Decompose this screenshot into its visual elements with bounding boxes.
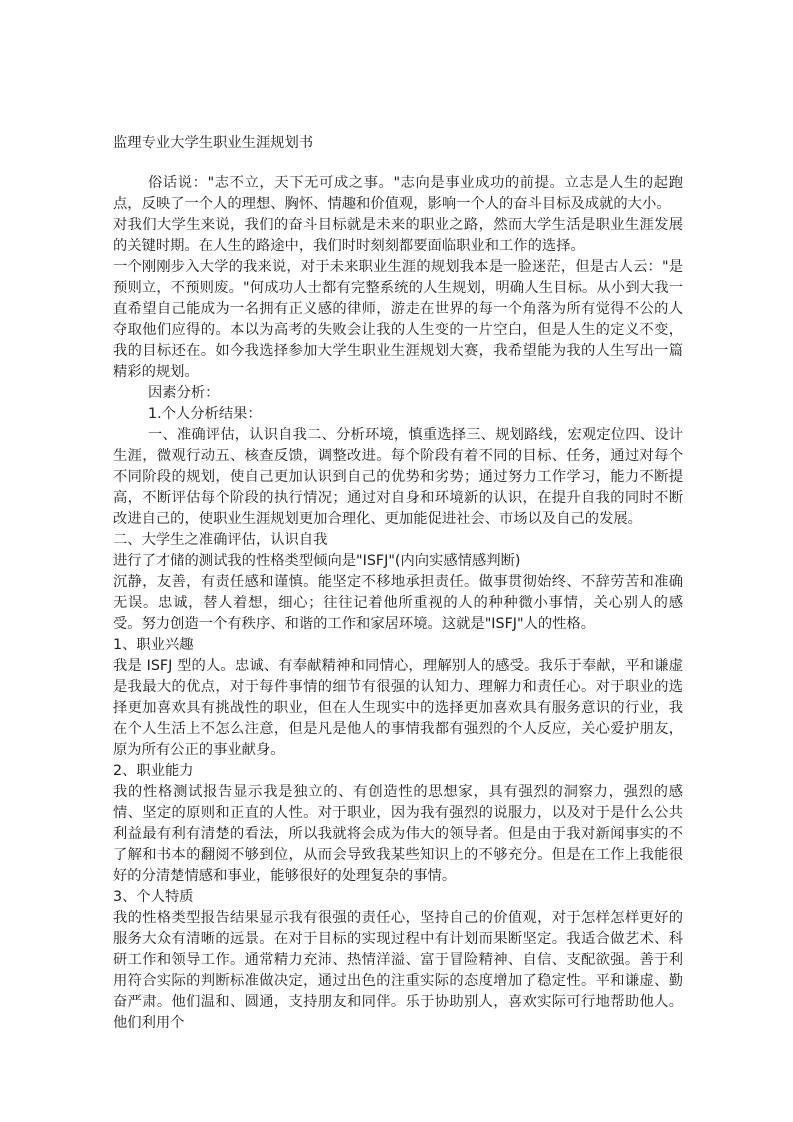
- heading-factor-analysis: 因素分析：: [113, 383, 683, 404]
- heading-career-interest: 1、职业兴趣: [113, 635, 683, 656]
- paragraph-motto: 俗话说："志不立，天下无可成之事。"志向是事业成功的前提。立志是人生的起跑点，反…: [113, 173, 683, 215]
- paragraph-isfj-test-result: 进行了才储的测试我的性格类型倾向是"ISFJ"(内向实感情感判断): [113, 551, 683, 572]
- heading-self-assessment: 二、大学生之准确评估，认识自我: [113, 530, 683, 551]
- paragraph-isfj-description: 沉静，友善，有责任感和谨慎。能坚定不移地承担责任。做事贯彻始终、不辞劳苦和准确无…: [113, 572, 683, 635]
- document-body: 监理专业大学生职业生涯规划书 俗话说："志不立，天下无可成之事。"志向是事业成功…: [113, 133, 683, 1034]
- heading-career-ability: 2、职业能力: [113, 761, 683, 782]
- paragraph-career-ability: 我的性格测试报告显示我是独立的、有创造性的思想家，具有强烈的洞察力，强烈的感情、…: [113, 782, 683, 887]
- paragraph-college-goal: 对我们大学生来说，我们的奋斗目标就是未来的职业之路，然而大学生活是职业生涯发展的…: [113, 215, 683, 257]
- document-title: 监理专业大学生职业生涯规划书: [113, 133, 683, 154]
- heading-personal-analysis-result: 1.个人分析结果：: [113, 404, 683, 425]
- document-page: 监理专业大学生职业生涯规划书 俗话说："志不立，天下无可成之事。"志向是事业成功…: [0, 0, 793, 1122]
- heading-personal-traits: 3、个人特质: [113, 887, 683, 908]
- paragraph-career-interest: 我是 ISFJ 型的人。忠诚、有奉献精神和同情心，理解别人的感受。我乐于奉献，平…: [113, 656, 683, 761]
- paragraph-five-steps: 一、准确评估，认识自我二、分析环境，慎重选择三、规划路线，宏观定位四、设计生涯，…: [113, 425, 683, 530]
- paragraph-personal-traits: 我的性格类型报告结果显示我有很强的责任心，坚持自己的价值观，对于怎样怎样更好的服…: [113, 908, 683, 1034]
- paragraph-personal-story: 一个刚刚步入大学的我来说，对于未来职业生涯的规划我本是一脸迷茫，但是古人云："是…: [113, 257, 683, 383]
